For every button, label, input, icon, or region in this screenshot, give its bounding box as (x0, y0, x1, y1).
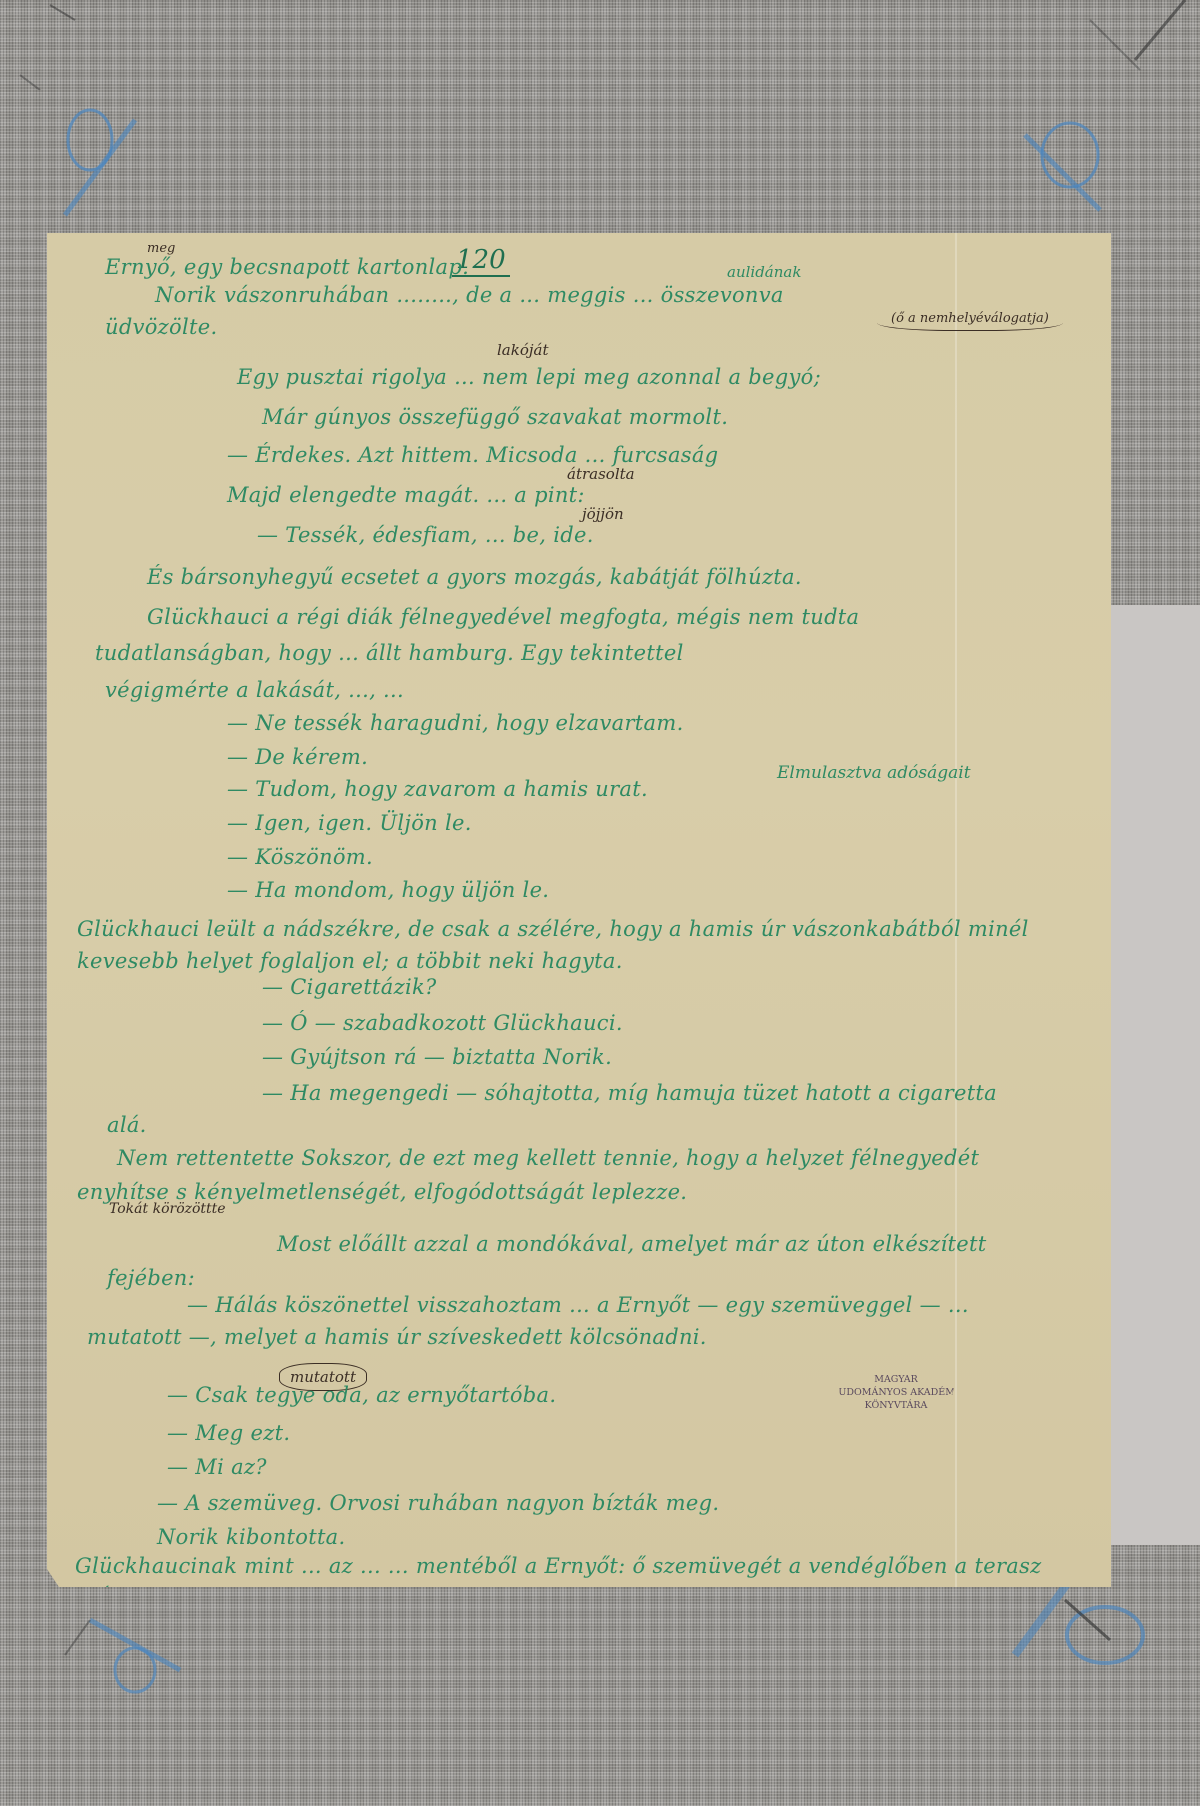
manuscript-line: — Tudom, hogy zavarom a hamis urat. (227, 777, 648, 801)
white-backing-strip (1110, 605, 1200, 1545)
margin-note-top-right: (ő a nemhelyéválogatja) (877, 311, 1063, 331)
library-stamp: MAGYAR TUDOMÁNYOS AKADÉMIA KÖNYVTÁRA (831, 1367, 961, 1417)
manuscript-line: — Csak tegye oda, az ernyőtartóba. (167, 1383, 556, 1407)
line-text: Egy pusztai rigolya ... nem lepi meg azo… (237, 365, 821, 389)
manuscript-line: — Ha mondom, hogy üljön le. (227, 878, 549, 902)
manuscript-line: Majd elengedte magát. ... a pint: (227, 483, 585, 507)
interlinear-note: lakóját (497, 341, 548, 359)
manuscript-line: Glückhauci a régi diák félnegyedével meg… (147, 605, 859, 629)
manuscript-line: Egy pusztai rigolya ... nem lepi meg azo… (237, 365, 821, 389)
manuscript-line: — Ne tessék haragudni, hogy elzavartam. (227, 711, 684, 735)
manuscript-sheet: 120 meg Ernyő, egy becsnapott kartonlap.… (47, 233, 1111, 1587)
manuscript-paragraph: Glückhauci leült a nádszékre, de csak a … (77, 913, 1057, 977)
corner-mark-top-left (40, 90, 150, 230)
corner-mark-bottom-left (60, 1580, 200, 1720)
manuscript-paragraph: — Ha megengedi — sóhajtotta, míg hamuja … (107, 1077, 1037, 1141)
interlinear-note: átrasolta (567, 465, 635, 483)
manuscript-line: És bársonyhegyű ecsetet a gyors mozgás, … (147, 565, 802, 589)
manuscript-paragraph: Most előállt azzal a mondókával, amelyet… (107, 1227, 1047, 1295)
stamp-line: KÖNYVTÁRA (832, 1399, 960, 1412)
manuscript-paragraph: — Hálás köszönettel visszahoztam ... a E… (87, 1289, 1057, 1353)
manuscript-line: Ernyő, egy becsnapott kartonlap. (105, 255, 469, 279)
corner-mark-top-right-line (1060, 0, 1200, 100)
corner-mark-bottom-right (1000, 1580, 1170, 1700)
manuscript-line: — Ó — szabadkozott Glückhauci. (262, 1011, 623, 1035)
manuscript-line: — Cigarettázik? (262, 975, 437, 999)
manuscript-line: — A szemüveg. Orvosi ruhában nagyon bízt… (157, 1491, 719, 1515)
manuscript-line: — Köszönöm. (227, 845, 373, 869)
manuscript-line: — De kérem. (227, 745, 368, 769)
manuscript-paragraph: Nem rettentette Sokszor, de ezt meg kell… (77, 1141, 1057, 1209)
manuscript-line: — Tessék, édesfiam, ... be, ide. (257, 523, 594, 547)
manuscript-line: Norik kibontotta. (157, 1525, 345, 1549)
manuscript-line: — Igen, igen. Üljön le. (227, 811, 472, 835)
manuscript-line: üdvözölte. (105, 315, 217, 339)
manuscript-paragraph: Glückhaucinak mint ... az ... ... mentéb… (75, 1551, 1085, 1611)
manuscript-line: — Érdekes. Azt hittem. Micsoda ... furcs… (227, 443, 718, 467)
line-text: végigmérte a lakását, ..., ... (105, 678, 404, 702)
margin-note: Elmulasztva adóságait (777, 763, 971, 783)
corner-mark-top-right (1010, 110, 1120, 220)
manuscript-line: Norik vászonruhában ........, de a ... m… (155, 283, 784, 307)
margin-correction: Tokát körözöttte (109, 1201, 226, 1217)
paper-fold (955, 233, 957, 1587)
manuscript-line: — Meg ezt. (167, 1421, 290, 1445)
interlinear-note: meg (147, 241, 175, 256)
corner-mark-top-left-line (0, 0, 90, 90)
manuscript-line: tudatlanságban, hogy ... állt hamburg. E… (95, 641, 684, 665)
manuscript-line: Már gúnyos összefüggő szavakat mormolt. (262, 405, 728, 429)
manuscript-line: — Gyújtson rá — biztatta Norik. (262, 1045, 612, 1069)
manuscript-line: — Mi az? (167, 1455, 267, 1479)
stamp-line: MAGYAR (832, 1373, 960, 1386)
manuscript-line: végigmérte a lakását, ..., ... (105, 678, 404, 702)
interlinear-note: jöjjön (582, 505, 624, 523)
stamp-line: TUDOMÁNYOS AKADÉMIA (832, 1386, 960, 1399)
interlinear-note: aulidának (727, 263, 801, 281)
